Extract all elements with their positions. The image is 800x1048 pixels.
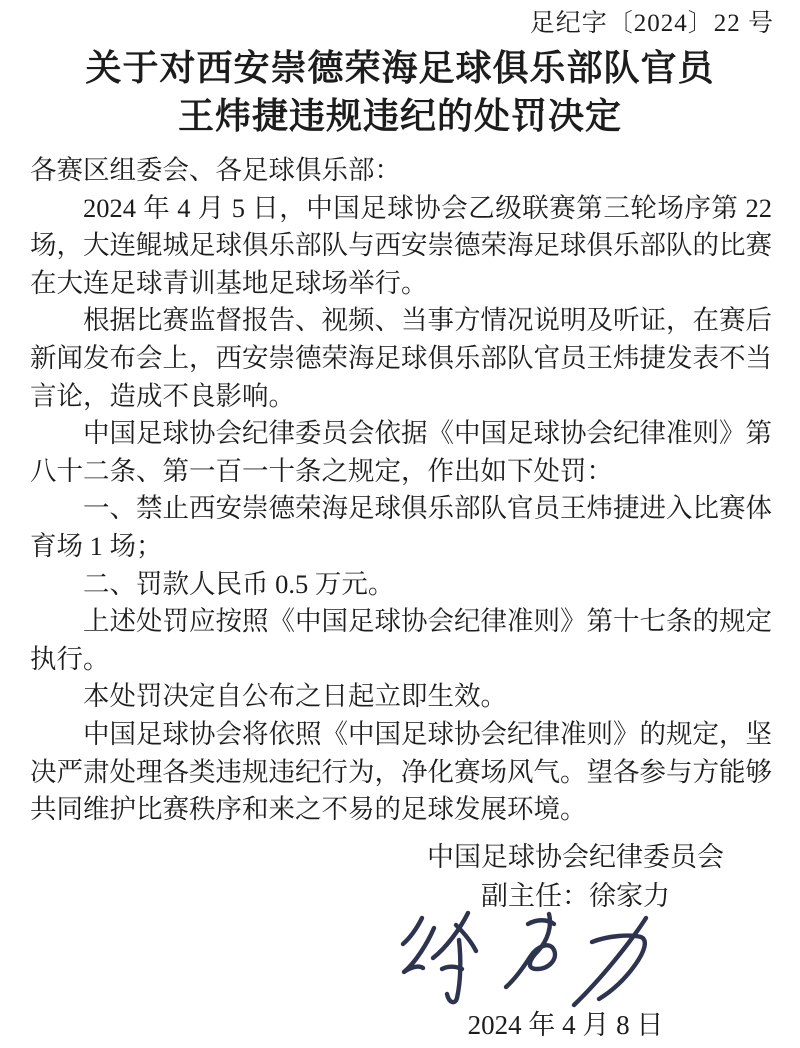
signature-date: 2024 年 4 月 8 日 (417, 1006, 714, 1045)
body-paragraph: 2024 年 4 月 5 日，中国足球协会乙级联赛第三轮场序第 22 场，大连鲲… (30, 190, 772, 303)
document-title-line2: 王炜捷违规违纪的处罚决定 (178, 96, 622, 136)
signature-block: 中国足球协会纪律委员会 副主任：徐家力 2024 年 4 月 8 日 (427, 838, 724, 1045)
document-title: 关于对西安崇德荣海足球俱乐部队官员 王炜捷违规违纪的处罚决定 (0, 44, 800, 140)
salutation: 各赛区组委会、各足球俱乐部： (30, 152, 772, 190)
body-paragraph-penalty-2: 二、罚款人民币 0.5 万元。 (30, 566, 772, 604)
body-paragraph: 中国足球协会纪律委员会依据《中国足球协会纪律准则》第八十二条、第一百一十条之规定… (30, 415, 772, 490)
body-paragraph: 上述处罚应按照《中国足球协会纪律准则》第十七条的规定执行。 (30, 603, 772, 678)
document-title-line1: 关于对西安崇德荣海足球俱乐部队官员 (85, 48, 714, 88)
handwritten-signature-image (388, 908, 668, 1008)
document-body: 各赛区组委会、各足球俱乐部： 2024 年 4 月 5 日，中国足球协会乙级联赛… (30, 152, 772, 829)
signing-organization: 中国足球协会纪律委员会 (427, 838, 724, 877)
official-document-page: 足纪字〔2024〕22 号 关于对西安崇德荣海足球俱乐部队官员 王炜捷违规违纪的… (0, 0, 800, 1048)
body-paragraph: 根据比赛监督报告、视频、当事方情况说明及听证，在赛后新闻发布会上，西安崇德荣海足… (30, 302, 772, 415)
document-reference-number: 足纪字〔2024〕22 号 (530, 8, 774, 40)
body-paragraph: 本处罚决定自公布之日起立即生效。 (30, 678, 772, 716)
body-paragraph-penalty-1: 一、禁止西安崇德荣海足球俱乐部队官员王炜捷进入比赛体育场 1 场； (30, 490, 772, 565)
body-paragraph: 中国足球协会将依照《中国足球协会纪律准则》的规定，坚决严肃处理各类违规违纪行为，… (30, 716, 772, 829)
